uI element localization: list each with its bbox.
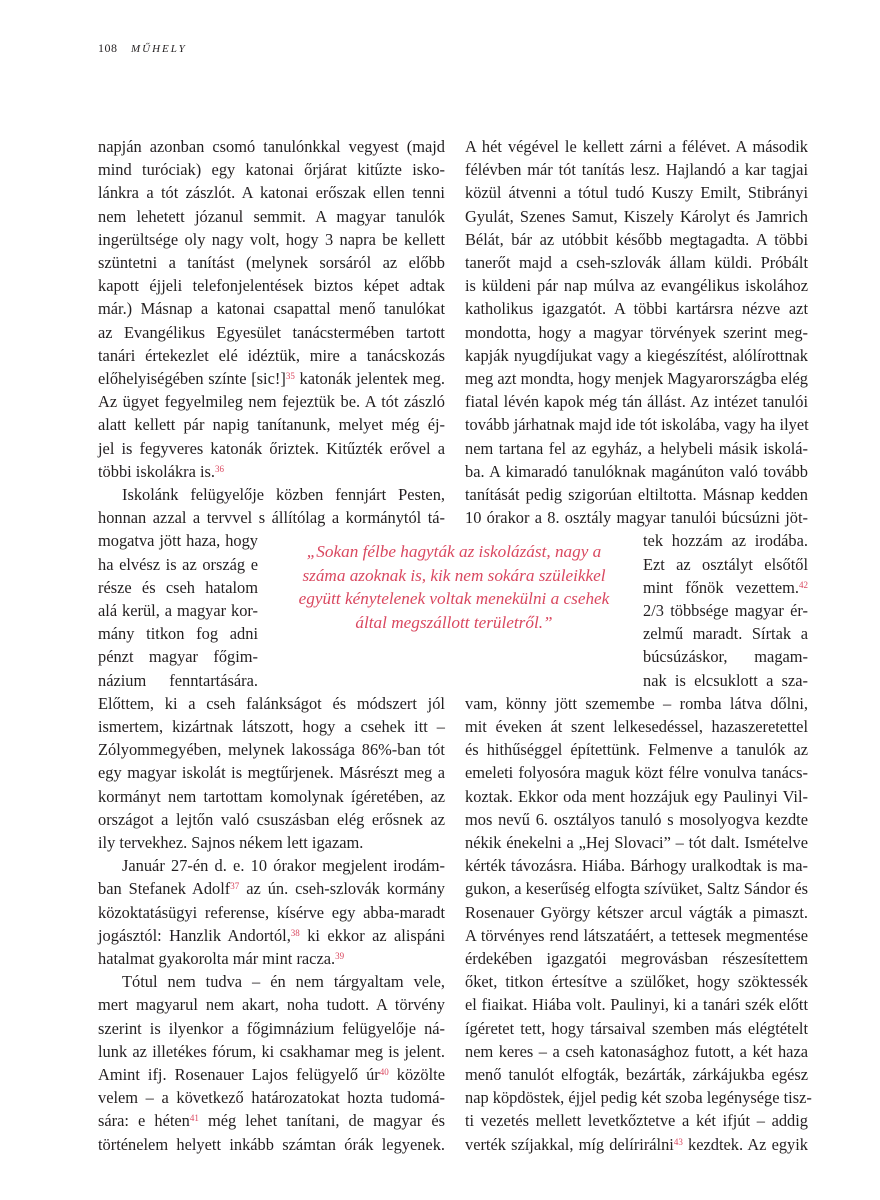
text-line: pénzt magyar főgim- [98,645,258,668]
line-text: közoktatásügyi referense, kísérve egy ab… [98,903,445,922]
line-text: kapják nyugdíjukat vagy a kiegészítést, … [465,346,808,365]
text-line: érdekében igazgatói megrovásban részesít… [465,947,808,970]
line-text: és hithűséggel építettünk. Felmenve a ta… [465,740,808,759]
line-text: alatt kellett pár napig tanítanunk, mely… [98,415,445,434]
line-text: A hét végével le kellett zárni a félévet… [465,137,808,156]
text-line: országot a lejtőn való csuszásban elég e… [98,808,445,831]
text-line: mos nevű 6. osztályos tanuló s mosolyogv… [465,808,808,831]
line-text: velem – a következő határozatokat hozta … [98,1088,445,1107]
line-text: 10 órakor a 8. osztály magyar tanulói bú… [465,508,808,527]
running-head: 108 MŰHELY [98,41,187,56]
text-line: nak is elcsuklott a sza- [643,669,808,692]
line-text: tek hozzám az irodába. [643,531,808,550]
text-line: szerint is ilyenkor a főgimnázium felügy… [98,1017,445,1040]
line-text: már.) Másnap a katonai csapattal menő ta… [98,299,445,318]
text-line: jogásztól: Hanzlik Andortól,38 ki ekkor … [98,924,445,947]
line-text: szüntetni a tanítást (melynek sorsáról a… [98,253,445,272]
pull-quote-line: együtt kénytelenek voltak menekülni a cs… [272,587,636,611]
footnote-marker[interactable]: 43 [674,1137,683,1147]
text-line: kormányt nem tartottam komolynak ígéreté… [98,785,445,808]
text-line: történelem helyett inkább számtan órák l… [98,1133,445,1156]
text-line: nem lehetett józanul semmit. A magyar ta… [98,205,445,228]
line-text: ba. A kimaradó tanulóknak magánúton való… [465,462,808,481]
text-line: koztak. Ekkor oda ment hozzájuk egy Paul… [465,785,808,808]
line-text: vam, könny jött szemembe – romba látva d… [465,694,808,713]
text-line: ba. A kimaradó tanulóknak magánúton való… [465,460,808,483]
pull-quote-line: „Sokan félbe hagyták az iskolázást, nagy… [272,540,636,564]
line-text: országot a lejtőn való csuszásban elég e… [98,810,445,829]
line-text: is küldeni pár nap múlva az evangélikus … [465,276,808,295]
line-text: lánkra a tót zászlót. A katonai erőszak … [98,183,445,202]
line-text: verték szíjakkal, míg delírirálni [465,1135,674,1154]
line-text: még lehet tanítani, de magyar és [199,1111,445,1130]
line-text: Zólyommegyében, melynek lakossága 86%-ba… [98,740,445,759]
footnote-marker[interactable]: 42 [799,580,808,590]
text-line: mind turóciak) egy katonai őrjárat kitűz… [98,158,445,181]
line-text: kapott éjjeli telefonjelentések biztos k… [98,276,445,295]
text-line: is küldeni pár nap múlva az evangélikus … [465,274,808,297]
section-title: MŰHELY [131,43,187,55]
text-line: lánkra a tót zászlót. A katonai erőszak … [98,181,445,204]
line-text: mondotta, hogy a magyar törvények szerin… [465,323,808,342]
text-line: Előttem, ki a cseh falánkságot és módsze… [98,692,445,715]
line-text: búcsúzáskor, magam- [643,647,808,666]
line-text: tanári értekezlet elé idéztük, mire a ta… [98,346,445,365]
text-line: emeleti folyosóra maguk közt félre vonul… [465,761,808,784]
line-text: nem keres – a cseh katonasághoz futott, … [465,1042,808,1061]
line-text: Iskolánk felügyelője közben fennjárt Pes… [122,485,445,504]
text-line: zelmű maradt. Sírtak a [643,622,808,645]
text-line: tanári értekezlet elé idéztük, mire a ta… [98,344,445,367]
text-line: ti vezetés mellett levetkőztetve a két i… [465,1109,808,1132]
line-text: fiatal lévén kapok még tán állást. Az in… [465,392,808,411]
line-text: tovább járhatnak majd ide tót iskolába, … [465,415,809,434]
text-line: és hithűséggel építettünk. Felmenve a ta… [465,738,808,761]
text-line: menő tanulót elfogták, bezárták, zárkáju… [465,1063,808,1086]
line-text: Az ügyet fegyelmileg nem fejeztük be. A … [98,392,445,411]
line-text: egy magyar iskolát is megtűrjenek. Másré… [98,763,445,782]
text-line: jel is fegyveres katonák őriztek. Kitűzt… [98,437,445,460]
line-text: tanítását pedig szigorúan eltiltotta. Má… [465,485,808,504]
text-line: nékik énekelni a „Hej Slovaci” – tót dal… [465,831,808,854]
line-text: kérték távozásra. Hiába. Bárhogy uralkod… [465,856,808,875]
text-line: ismertem, kizártnak látszott, hogy a cse… [98,715,445,738]
line-text: kezdtek. Az egyik [683,1135,808,1154]
line-text: alá kerül, a magyar kor- [98,601,258,620]
text-line: tek hozzám az irodába. [643,529,808,552]
text-line: el fiaikat. Hiába volt. Paulinyi, ki a t… [465,993,808,1016]
line-text: mány titkon fog adni [98,624,258,643]
text-line: Bélát, bár az utóbbit később megtagadta.… [465,228,808,251]
line-text: hatalmat gyakorolta már mint racza. [98,949,335,968]
footnote-marker[interactable]: 36 [215,464,224,474]
line-text: nak is elcsuklott a sza- [643,671,808,690]
line-text: pénzt magyar főgim- [98,647,258,666]
text-line: búcsúzáskor, magam- [643,645,808,668]
line-text: lunk az illetékes fórum, ki csakhamar me… [98,1042,445,1061]
line-text: Amint ifj. Rosenauer Lajos felügyelő úr [98,1065,380,1084]
line-text: része és cseh hatalom [98,578,258,597]
line-text: nékik énekelni a „Hej Slovaci” – tót dal… [465,833,808,852]
text-line: ingerültsége oly nagy volt, hogy 3 napra… [98,228,445,251]
text-line: alatt kellett pár napig tanítanunk, mely… [98,413,445,436]
text-line: alá kerül, a magyar kor- [98,599,258,622]
text-line: kapják nyugdíjukat vagy a kiegészítést, … [465,344,808,367]
text-line: mert magyarul nem akart, noha tudott. A … [98,993,445,1016]
line-text: sára: e héten [98,1111,190,1130]
text-line: mogatva jött haza, hogy [98,529,258,552]
footnote-marker[interactable]: 35 [286,371,295,381]
text-line: kapott éjjeli telefonjelentések biztos k… [98,274,445,297]
line-text: történelem helyett inkább számtan órák l… [98,1135,445,1154]
line-text: el fiaikat. Hiába volt. Paulinyi, ki a t… [465,995,808,1014]
text-line: ha elvész is az ország e [98,553,258,576]
text-line: honnan azzal a tervvel s állítólag a kor… [98,506,445,529]
text-line: tanerőt majd a cseh-szlovák állam küldi.… [465,251,808,274]
footnote-marker[interactable]: 39 [335,951,344,961]
line-text: félévben már tót tanítás lesz. Hajlandó … [465,160,808,179]
line-text: názium fenntartására. [98,671,258,690]
line-text: közölte [389,1065,445,1084]
line-text: ha elvész is az ország e [98,555,258,574]
line-text: A törvényes rend látszatáért, a tettesek… [465,926,808,945]
text-line: őket, titkon értesítve a szülőket, hogy … [465,970,808,993]
line-text: honnan azzal a tervvel s állítólag a kor… [98,508,445,527]
pull-quote: „Sokan félbe hagyták az iskolázást, nagy… [272,540,636,634]
text-line: nem keres – a cseh katonasághoz futott, … [465,1040,808,1063]
text-line: hatalmat gyakorolta már mint racza.39 [98,947,445,970]
text-line: Zólyommegyében, melynek lakossága 86%-ba… [98,738,445,761]
text-line: názium fenntartására. [98,669,258,692]
line-text: gukon, a keserűség elfogta szívüket, Sal… [465,879,808,898]
line-text: őket, titkon értesítve a szülőket, hogy … [465,972,808,991]
text-line: A törvényes rend látszatáért, a tettesek… [465,924,808,947]
line-text: az Evangélikus Egyesület tanácstermében … [98,323,445,342]
text-line: 10 órakor a 8. osztály magyar tanulói bú… [465,506,808,529]
line-text: zelmű maradt. Sírtak a [643,624,808,643]
footnote-marker[interactable]: 38 [291,928,300,938]
line-text: katholikus igazgatót. A többi kartársra … [465,299,808,318]
text-line: fiatal lévén kapok még tán állást. Az in… [465,390,808,413]
text-line: mit éveken át szent lelkesedéssel, hazas… [465,715,808,738]
line-text: jogásztól: Hanzlik Andortól, [98,926,291,945]
line-text: mit éveken át szent lelkesedéssel, hazas… [465,717,808,736]
line-text: többi iskolákra is. [98,462,215,481]
text-line: ígéretet tett, hogy társaival szemben má… [465,1017,808,1040]
footnote-marker[interactable]: 37 [230,881,239,891]
text-line: része és cseh hatalom [98,576,258,599]
line-text: érdekében igazgatói megrovásban részesít… [465,949,808,968]
line-text: Gyulát, Szenes Samut, Kiszely Károlyt és… [465,207,808,226]
text-line: mondotta, hogy a magyar törvények szerin… [465,321,808,344]
text-line: Iskolánk felügyelője közben fennjárt Pes… [122,483,445,506]
line-text: ti vezetés mellett levetkőztetve a két i… [465,1111,808,1130]
text-line: velem – a következő határozatokat hozta … [98,1086,445,1109]
line-text: Előttem, ki a cseh falánkságot és módsze… [98,694,445,713]
line-text: jel is fegyveres katonák őriztek. Kitűzt… [98,439,445,458]
line-text: ki ekkor az alispáni [300,926,445,945]
text-line: Ezt az osztályt elsőtől [643,553,808,576]
text-line: napján azonban csomó tanulónkkal vegyest… [98,135,445,158]
pull-quote-line: száma azoknak is, kik nem sokára szüleik… [272,564,636,588]
line-text: előhelyiségében színte [sic!] [98,369,286,388]
text-line: Amint ifj. Rosenauer Lajos felügyelő úr4… [98,1063,445,1086]
text-line: szüntetni a tanítást (melynek sorsáról a… [98,251,445,274]
text-line: vam, könny jött szemembe – romba látva d… [465,692,808,715]
line-text: napján azonban csomó tanulónkkal vegyest… [98,137,445,156]
line-text: kormányt nem tartottam komolynak ígéreté… [98,787,445,806]
text-line: ily tervekhez. Sajnos nékem lett igazam. [98,831,445,854]
text-line: tanítását pedig szigorúan eltiltotta. Má… [465,483,808,506]
line-text: katonák jelentek meg. [295,369,445,388]
line-text: Bélát, bár az utóbbit később megtagadta.… [465,230,808,249]
text-line: nap köpdöstek, éjjel pedig két szoba leg… [465,1086,808,1109]
text-line: előhelyiségében színte [sic!]35 katonák … [98,367,445,390]
text-line: lunk az illetékes fórum, ki csakhamar me… [98,1040,445,1063]
line-text: Tótul nem tudva – én nem tárgyaltam vele… [122,972,445,991]
line-text: az ún. cseh-szlovák kormány [239,879,445,898]
line-text: ígéretet tett, hogy társaival szemben má… [465,1019,808,1038]
text-line: Január 27-én d. e. 10 órakor megjelent i… [122,854,445,877]
text-line: sára: e héten41 még lehet tanítani, de m… [98,1109,445,1132]
line-text: Január 27-én d. e. 10 órakor megjelent i… [122,856,445,875]
line-text: tanerőt majd a cseh-szlovák állam küldi.… [465,253,808,272]
text-line: A hét végével le kellett zárni a félévet… [465,135,808,158]
text-line: tovább járhatnak majd ide tót iskolába, … [465,413,808,436]
text-line: Gyulát, Szenes Samut, Kiszely Károlyt és… [465,205,808,228]
line-text: ingerültsége oly nagy volt, hogy 3 napra… [98,230,445,249]
text-line: Tótul nem tudva – én nem tárgyaltam vele… [122,970,445,993]
line-text: mind turóciak) egy katonai őrjárat kitűz… [98,160,445,179]
line-text: nem lehetett józanul semmit. A magyar ta… [98,207,445,226]
line-text: szerint is ilyenkor a főgimnázium felügy… [98,1019,445,1038]
text-line: Az ügyet fegyelmileg nem fejeztük be. A … [98,390,445,413]
text-line: mint főnök vezettem.42 [643,576,808,599]
line-text: koztak. Ekkor oda ment hozzájuk egy Paul… [465,787,808,806]
text-line: közül átvenni a tótul tudó Kuszy Emilt, … [465,181,808,204]
text-line: az Evangélikus Egyesület tanácstermében … [98,321,445,344]
text-line: verték szíjakkal, míg delírirálni43 kezd… [465,1133,808,1156]
line-text: nem tartana fel az egyház, a helybeli má… [465,439,808,458]
line-text: ban Stefanek Adolf [98,879,230,898]
line-text: meg azt mondta, hogy menjek Magyarország… [465,369,808,388]
line-text: emeleti folyosóra maguk közt félre vonul… [465,763,808,782]
line-text: nap köpdöstek, éjjel pedig két szoba leg… [465,1088,812,1107]
line-text: Rosenauer György kétszer arcul vágták a … [465,903,808,922]
text-line: gukon, a keserűség elfogta szívüket, Sal… [465,877,808,900]
text-line: már.) Másnap a katonai csapattal menő ta… [98,297,445,320]
line-text: mos nevű 6. osztályos tanuló s mosolyogv… [465,810,808,829]
page-number: 108 [98,41,118,55]
text-line: félévben már tót tanítás lesz. Hajlandó … [465,158,808,181]
line-text: ily tervekhez. Sajnos nékem lett igazam. [98,833,363,852]
footnote-marker[interactable]: 41 [190,1113,199,1123]
line-text: mert magyarul nem akart, noha tudott. A … [98,995,445,1014]
line-text: 2/3 többsége magyar ér- [643,601,808,620]
text-line: többi iskolákra is.36 [98,460,445,483]
text-line: egy magyar iskolát is megtűrjenek. Másré… [98,761,445,784]
text-line: katholikus igazgatót. A többi kartársra … [465,297,808,320]
pull-quote-line: által megszállott területről.” [272,611,636,635]
text-line: nem tartana fel az egyház, a helybeli má… [465,437,808,460]
text-line: 2/3 többsége magyar ér- [643,599,808,622]
line-text: Ezt az osztályt elsőtől [643,555,808,574]
text-line: mány titkon fog adni [98,622,258,645]
line-text: közül átvenni a tótul tudó Kuszy Emilt, … [465,183,808,202]
text-line: kérték távozásra. Hiába. Bárhogy uralkod… [465,854,808,877]
line-text: menő tanulót elfogták, bezárták, zárkáju… [465,1065,808,1084]
text-line: Rosenauer György kétszer arcul vágták a … [465,901,808,924]
footnote-marker[interactable]: 40 [380,1067,389,1077]
line-text: mint főnök vezettem. [643,578,799,597]
line-text: mogatva jött haza, hogy [98,531,258,550]
line-text: ismertem, kizártnak látszott, hogy a cse… [98,717,445,736]
text-line: közoktatásügyi referense, kísérve egy ab… [98,901,445,924]
text-line: ban Stefanek Adolf37 az ún. cseh-szlovák… [98,877,445,900]
text-line: meg azt mondta, hogy menjek Magyarország… [465,367,808,390]
